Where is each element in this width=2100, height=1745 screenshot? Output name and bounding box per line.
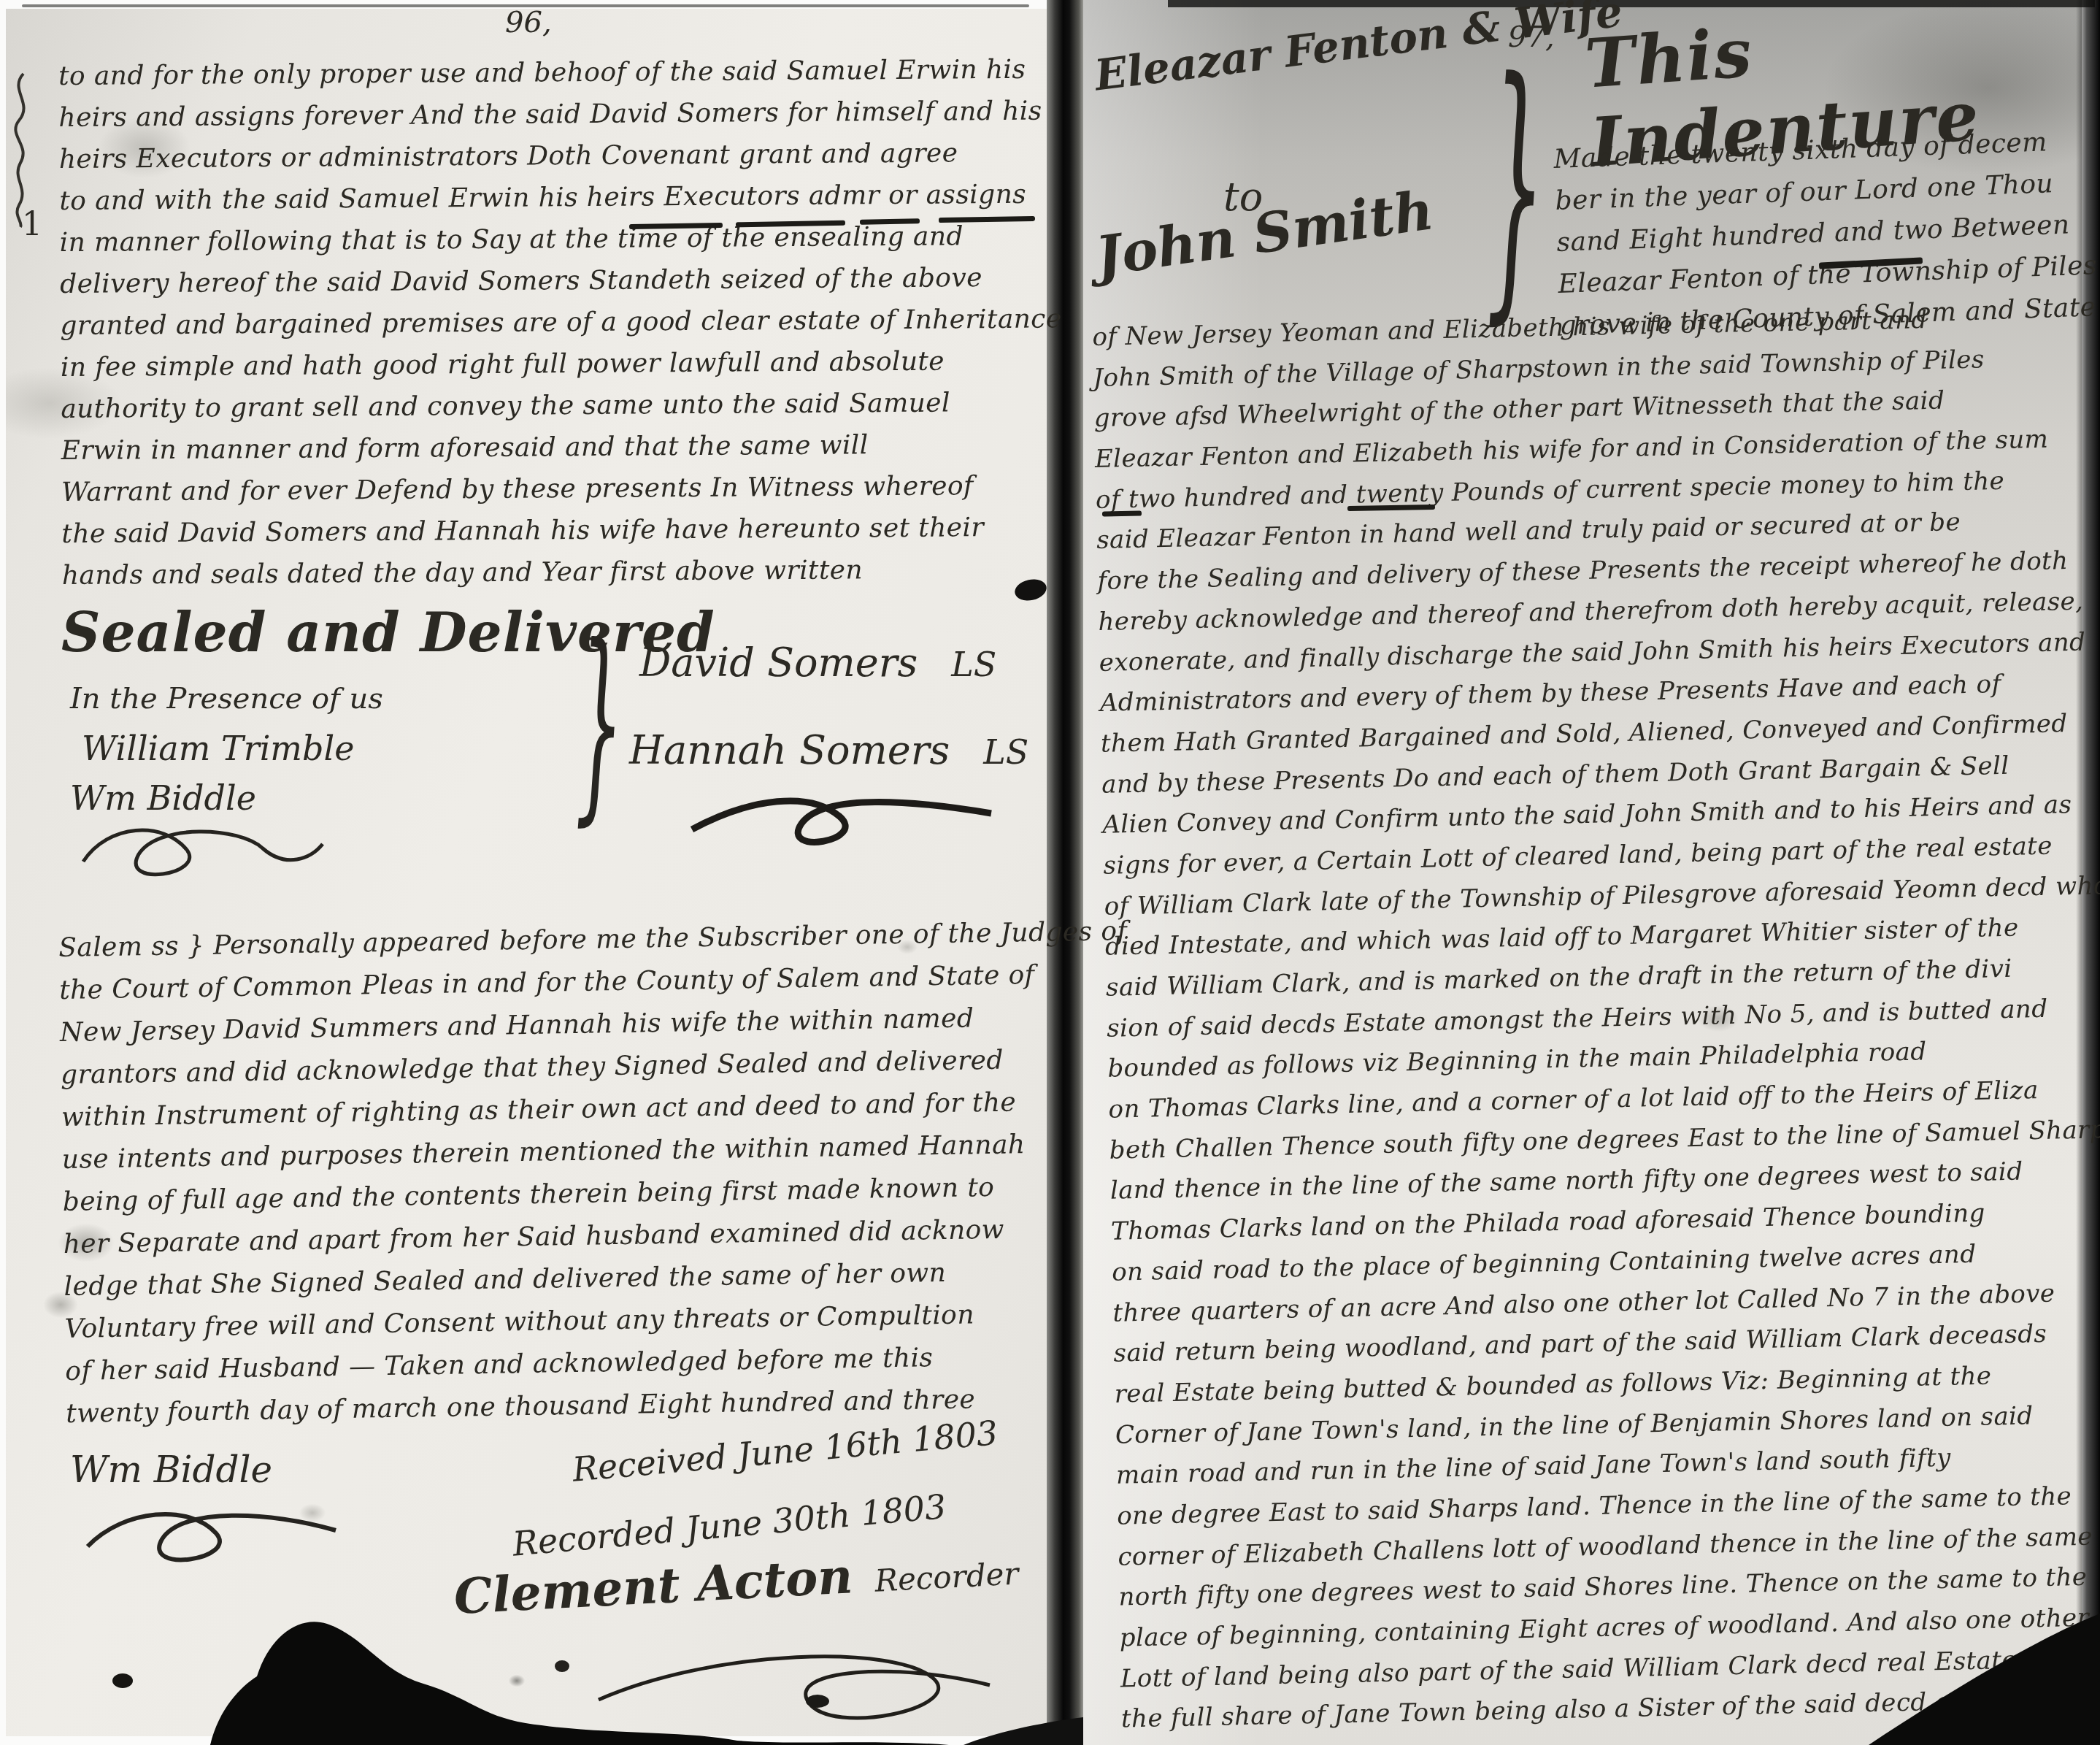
deed-text-line: heirs Executors or administrators Doth C… (59, 137, 1070, 186)
deed-body-left: to and for the only proper use and behoo… (58, 54, 1073, 602)
deed-text-line: granted and bargained premises are of a … (60, 304, 1071, 353)
margin-numeral: 1 (22, 206, 42, 243)
deed-text-line: in fee simple and hath good right full p… (61, 345, 1072, 394)
signature-flourish-icon (80, 1498, 343, 1586)
deed-text-line: Warrant and for ever Defend by these pre… (61, 470, 1072, 519)
underline-mark (860, 218, 920, 224)
grantor-signature: Hannah Somers (629, 727, 950, 773)
page-number-left: 96, (505, 6, 552, 39)
signature-flourish-icon (584, 1633, 1007, 1742)
recorder-title: Recorder (874, 1555, 1019, 1598)
witness-signature-2: Wm Biddle (70, 778, 256, 818)
acknowledgment-block: Salem ss } Personally appeared before me… (58, 917, 1085, 1441)
seal-mark: LS (983, 732, 1028, 772)
presence-line: In the Presence of us (70, 682, 383, 716)
witness-signature-bottom: Wm Biddle (70, 1449, 272, 1491)
seal-mark: LS (951, 645, 996, 684)
grantor-signature: David Somers (639, 640, 918, 686)
deed-text-line: the said David Somers and Hannah his wif… (61, 512, 1072, 561)
witness-signature-1: William Trimble (82, 729, 354, 768)
caption-brace-icon: } (1486, 25, 1545, 349)
underline-mark (1102, 511, 1142, 517)
deed-text-line: heirs and assigns forever And the said D… (58, 96, 1069, 145)
deed-text-line: Erwin in manner and form aforesaid and t… (61, 429, 1072, 478)
deed-text-line: in manner following that is to Say at th… (60, 220, 1071, 269)
deed-text-line: authority to grant sell and convey the s… (61, 387, 1072, 436)
deed-text-line: delivery hereof the said David Somers St… (60, 262, 1071, 311)
attestation-brace-icon: } (575, 600, 623, 844)
signature-flourish-icon (76, 816, 331, 897)
grantor-signature-row: Hannah SomersLS (629, 727, 1028, 773)
signature-flourish-icon (686, 783, 1000, 863)
indenture-body-block: of New Jersey Yeoman and Elizabeth his w… (1092, 302, 2100, 1745)
grantor-signature-row: David SomersLS (639, 640, 996, 686)
deed-text-line: to and for the only proper use and behoo… (58, 54, 1069, 103)
deed-book-scan: 96, 1 to and for the only proper use and… (0, 0, 2100, 1745)
deed-text-line: hands and seals dated the day and Year f… (62, 553, 1073, 602)
